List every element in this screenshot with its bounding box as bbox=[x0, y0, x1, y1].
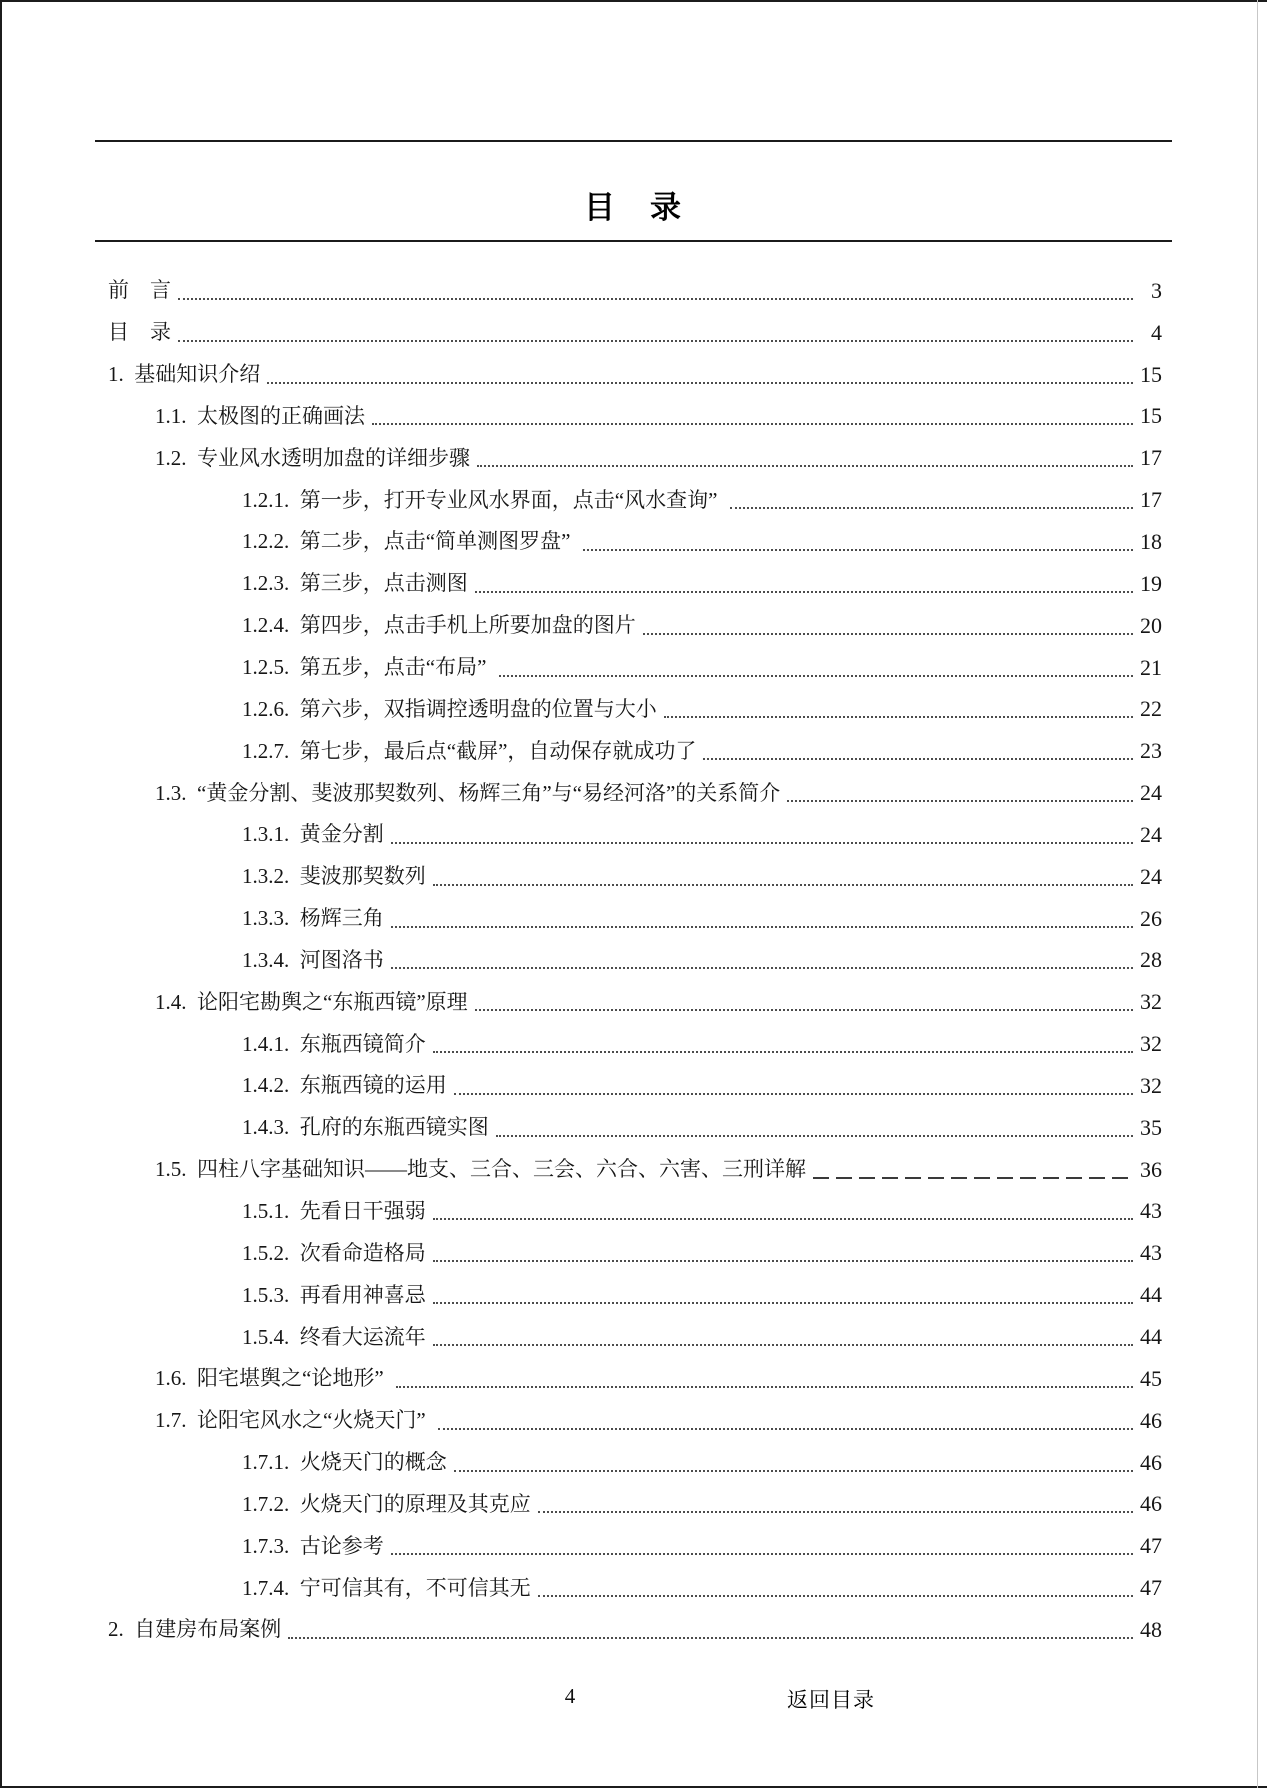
toc-leader bbox=[583, 549, 1133, 551]
toc-entry-page-number: 43 bbox=[1136, 1242, 1162, 1264]
toc-entry-page-number: 15 bbox=[1136, 405, 1162, 427]
toc-entry[interactable]: 1.7.1. 火烧天门的概念 46 bbox=[108, 1442, 1162, 1484]
title-top-rule bbox=[95, 140, 1172, 142]
toc-entry-page-number: 46 bbox=[1136, 1410, 1162, 1432]
toc-leader bbox=[433, 1260, 1133, 1262]
toc-entry-page-number: 17 bbox=[1136, 489, 1162, 511]
toc-entry-page-number: 26 bbox=[1136, 908, 1162, 930]
toc-entry-page-number: 28 bbox=[1136, 949, 1162, 971]
toc-entry-page-number: 32 bbox=[1136, 1033, 1162, 1055]
toc-entry-label: 1.4. 论阳宅勘舆之“东瓶西镜”原理 bbox=[155, 992, 468, 1013]
title-bottom-rule bbox=[95, 240, 1172, 242]
toc-leader bbox=[178, 340, 1133, 342]
toc-leader bbox=[438, 1428, 1133, 1430]
toc-entry-page-number: 46 bbox=[1136, 1452, 1162, 1474]
toc-entry-label: 1.1. 太极图的正确画法 bbox=[155, 406, 365, 427]
toc-leader bbox=[433, 1051, 1133, 1053]
toc-leader bbox=[538, 1595, 1133, 1597]
toc-entry-label: 1.4.3. 孔府的东瓶西镜实图 bbox=[242, 1117, 489, 1138]
toc-entry-page-number: 15 bbox=[1136, 364, 1162, 386]
toc-entry-page-number: 43 bbox=[1136, 1200, 1162, 1222]
toc-entry[interactable]: 1.7.2. 火烧天门的原理及其克应 46 bbox=[108, 1483, 1162, 1525]
toc-entry-label: 1.2.6. 第六步，双指调控透明盘的位置与大小 bbox=[242, 699, 657, 720]
toc-entry[interactable]: 1.2.4. 第四步，点击手机上所要加盘的图片 20 bbox=[108, 605, 1162, 647]
toc-entry-page-number: 19 bbox=[1136, 573, 1162, 595]
toc-leader bbox=[396, 1386, 1133, 1388]
toc-entry-page-number: 45 bbox=[1136, 1368, 1162, 1390]
toc-entry-label: 1.3.2. 斐波那契数列 bbox=[242, 866, 426, 887]
toc-leader bbox=[433, 1218, 1133, 1220]
toc-entry[interactable]: 1.5.3. 再看用神喜忌 44 bbox=[108, 1274, 1162, 1316]
document-page: 目 录 前 言 3 目 录 4 1. 基础知识介绍 15 1.1. 太极图的正确… bbox=[0, 0, 1267, 1788]
toc-entry-page-number: 46 bbox=[1136, 1493, 1162, 1515]
toc-entry[interactable]: 1.7. 论阳宅风水之“火烧天门” 46 bbox=[108, 1400, 1162, 1442]
toc-entry[interactable]: 1.4.2. 东瓶西镜的运用 32 bbox=[108, 1065, 1162, 1107]
toc-entry-page-number: 18 bbox=[1136, 531, 1162, 553]
toc-leader bbox=[475, 1009, 1133, 1011]
toc-leader bbox=[787, 800, 1133, 802]
toc-entry-page-number: 35 bbox=[1136, 1117, 1162, 1139]
toc-entry[interactable]: 1.3.3. 杨辉三角 26 bbox=[108, 898, 1162, 940]
toc-leader bbox=[391, 842, 1133, 844]
toc-entry-label: 1.2.2. 第二步，点击“简单测图罗盘” bbox=[242, 531, 576, 552]
toc-entry-page-number: 47 bbox=[1136, 1577, 1162, 1599]
toc-leader bbox=[433, 884, 1133, 886]
toc-entry-page-number: 17 bbox=[1136, 447, 1162, 469]
toc-leader bbox=[267, 382, 1133, 384]
toc-entry-label: 1.2.5. 第五步，点击“布局” bbox=[242, 657, 492, 678]
toc-entry-page-number: 21 bbox=[1136, 657, 1162, 679]
toc-entry-label: 2. 自建房布局案例 bbox=[108, 1619, 281, 1640]
toc-entry[interactable]: 1.5. 四柱八字基础知识——地支、三合、三会、六合、六害、三刑详解 36 bbox=[108, 1149, 1162, 1191]
toc-leader bbox=[703, 758, 1133, 760]
toc-entry[interactable]: 1.2.7. 第七步，最后点“截屏”，自动保存就成功了 23 bbox=[108, 730, 1162, 772]
toc-entry-page-number: 44 bbox=[1136, 1284, 1162, 1306]
toc-entry-page-number: 24 bbox=[1136, 824, 1162, 846]
toc-entry-label: 1.5.3. 再看用神喜忌 bbox=[242, 1285, 426, 1306]
toc-entry-page-number: 32 bbox=[1136, 1075, 1162, 1097]
toc-entry-label: 1.2.4. 第四步，点击手机上所要加盘的图片 bbox=[242, 615, 636, 636]
toc-entry[interactable]: 目 录 4 bbox=[108, 312, 1162, 354]
toc-entry[interactable]: 1.5.4. 终看大运流年 44 bbox=[108, 1316, 1162, 1358]
toc-entry[interactable]: 1.1. 太极图的正确画法 15 bbox=[108, 396, 1162, 438]
page-title: 目 录 bbox=[0, 182, 1267, 227]
toc-entry-label: 1.2.1. 第一步，打开专业风水界面，点击“风水查询” bbox=[242, 490, 723, 511]
toc-leader bbox=[454, 1470, 1133, 1472]
toc-entry-label: 1.3. “黄金分割、斐波那契数列、杨辉三角”与“易经河洛”的关系简介 bbox=[155, 783, 780, 804]
toc-entry-label: 1.6. 阳宅堪舆之“论地形” bbox=[155, 1368, 389, 1389]
toc-entry-page-number: 24 bbox=[1136, 866, 1162, 888]
toc-entry[interactable]: 1.2. 专业风水透明加盘的详细步骤 17 bbox=[108, 437, 1162, 479]
toc-entry-label: 前 言 bbox=[108, 280, 171, 301]
toc-entry[interactable]: 1.7.3. 古论参考 47 bbox=[108, 1525, 1162, 1567]
toc-entry-label: 目 录 bbox=[108, 322, 171, 343]
toc-leader bbox=[477, 465, 1133, 467]
toc-entry[interactable]: 1.5.2. 次看命造格局 43 bbox=[108, 1232, 1162, 1274]
toc-entry-label: 1.7.4. 宁可信其有，不可信其无 bbox=[242, 1578, 531, 1599]
toc-entry-page-number: 3 bbox=[1136, 280, 1162, 302]
toc-entry[interactable]: 1.2.3. 第三步，点击测图 19 bbox=[108, 563, 1162, 605]
toc-entry[interactable]: 1.3. “黄金分割、斐波那契数列、杨辉三角”与“易经河洛”的关系简介 24 bbox=[108, 772, 1162, 814]
page-edge-top bbox=[0, 0, 1267, 2]
toc-entry-page-number: 22 bbox=[1136, 698, 1162, 720]
toc-entry-page-number: 48 bbox=[1136, 1619, 1162, 1641]
toc-entry-label: 1.7.1. 火烧天门的概念 bbox=[242, 1452, 447, 1473]
toc-entry[interactable]: 1.4.1. 东瓶西镜简介 32 bbox=[108, 1023, 1162, 1065]
toc-leader bbox=[643, 633, 1133, 635]
toc-entry-label: 1.3.4. 河图洛书 bbox=[242, 950, 384, 971]
toc-entry[interactable]: 2. 自建房布局案例 48 bbox=[108, 1609, 1162, 1651]
toc-entry[interactable]: 1. 基础知识介绍 15 bbox=[108, 354, 1162, 396]
toc-entry[interactable]: 1.4.3. 孔府的东瓶西镜实图 35 bbox=[108, 1107, 1162, 1149]
toc-entry[interactable]: 1.5.1. 先看日干强弱 43 bbox=[108, 1191, 1162, 1233]
toc-entry[interactable]: 1.2.6. 第六步，双指调控透明盘的位置与大小 22 bbox=[108, 688, 1162, 730]
page-edge-left bbox=[0, 0, 2, 1788]
toc-leader bbox=[178, 298, 1133, 300]
toc-entry[interactable]: 前 言 3 bbox=[108, 270, 1162, 312]
toc-entry-label: 1.7.2. 火烧天门的原理及其克应 bbox=[242, 1494, 531, 1515]
toc-leader bbox=[288, 1637, 1133, 1639]
toc-entry-label: 1.3.3. 杨辉三角 bbox=[242, 908, 384, 929]
toc-entry[interactable]: 1.2.1. 第一步，打开专业风水界面，点击“风水查询” 17 bbox=[108, 479, 1162, 521]
toc-entry-label: 1.5.2. 次看命造格局 bbox=[242, 1243, 426, 1264]
toc-leader bbox=[538, 1511, 1133, 1513]
toc-entry-label: 1.2.7. 第七步，最后点“截屏”，自动保存就成功了 bbox=[242, 741, 696, 762]
toc-leader bbox=[391, 1553, 1133, 1555]
toc-entry-label: 1. 基础知识介绍 bbox=[108, 364, 260, 385]
toc-entry-label: 1.2. 专业风水透明加盘的详细步骤 bbox=[155, 448, 470, 469]
toc-entry-label: 1.3.1. 黄金分割 bbox=[242, 824, 384, 845]
toc-leader bbox=[391, 967, 1133, 969]
toc-leader bbox=[475, 591, 1133, 593]
toc-entry-label: 1.5. 四柱八字基础知识——地支、三合、三会、六合、六害、三刑详解 bbox=[155, 1159, 806, 1180]
toc-leader bbox=[433, 1302, 1133, 1304]
toc-leader bbox=[664, 716, 1133, 718]
toc-entry-label: 1.7.3. 古论参考 bbox=[242, 1536, 384, 1557]
toc-entry[interactable]: 1.3.4. 河图洛书 28 bbox=[108, 940, 1162, 982]
toc-entry[interactable]: 1.3.2. 斐波那契数列 24 bbox=[108, 856, 1162, 898]
return-to-toc-link[interactable]: 返回目录 bbox=[787, 1684, 875, 1714]
toc-entry[interactable]: 1.6. 阳宅堪舆之“论地形” 45 bbox=[108, 1358, 1162, 1400]
toc-entry-label: 1.5.1. 先看日干强弱 bbox=[242, 1201, 426, 1222]
toc-leader bbox=[372, 423, 1133, 425]
toc-entry[interactable]: 1.4. 论阳宅勘舆之“东瓶西镜”原理 32 bbox=[108, 981, 1162, 1023]
toc-entry-page-number: 36 bbox=[1136, 1159, 1162, 1181]
toc-leader bbox=[730, 507, 1133, 509]
toc-entry-page-number: 47 bbox=[1136, 1535, 1162, 1557]
toc-entry[interactable]: 1.7.4. 宁可信其有，不可信其无 47 bbox=[108, 1567, 1162, 1609]
toc-entry-page-number: 23 bbox=[1136, 740, 1162, 762]
toc-leader bbox=[813, 1177, 1133, 1179]
toc-entry-page-number: 4 bbox=[1136, 322, 1162, 344]
toc-entry-page-number: 20 bbox=[1136, 615, 1162, 637]
toc-entry-label: 1.4.2. 东瓶西镜的运用 bbox=[242, 1075, 447, 1096]
toc-entry-page-number: 24 bbox=[1136, 782, 1162, 804]
toc-leader bbox=[454, 1093, 1133, 1095]
toc-entry[interactable]: 1.2.2. 第二步，点击“简单测图罗盘” 18 bbox=[108, 521, 1162, 563]
toc-leader bbox=[391, 926, 1133, 928]
toc-leader bbox=[499, 675, 1133, 677]
toc-entry-page-number: 32 bbox=[1136, 991, 1162, 1013]
toc-entry[interactable]: 1.2.5. 第五步，点击“布局” 21 bbox=[108, 647, 1162, 689]
toc-entry-label: 1.2.3. 第三步，点击测图 bbox=[242, 573, 468, 594]
toc-entry[interactable]: 1.3.1. 黄金分割 24 bbox=[108, 814, 1162, 856]
toc-leader bbox=[433, 1344, 1133, 1346]
toc-entry-label: 1.7. 论阳宅风水之“火烧天门” bbox=[155, 1410, 431, 1431]
toc-entry-page-number: 44 bbox=[1136, 1326, 1162, 1348]
toc-leader bbox=[496, 1135, 1133, 1137]
page-edge-right bbox=[1257, 0, 1258, 1788]
footer-page-number: 4 bbox=[540, 1684, 600, 1709]
toc-entry-label: 1.5.4. 终看大运流年 bbox=[242, 1327, 426, 1348]
toc-entry-label: 1.4.1. 东瓶西镜简介 bbox=[242, 1034, 426, 1055]
toc-list: 前 言 3 目 录 4 1. 基础知识介绍 15 1.1. 太极图的正确画法 1… bbox=[108, 270, 1162, 1651]
